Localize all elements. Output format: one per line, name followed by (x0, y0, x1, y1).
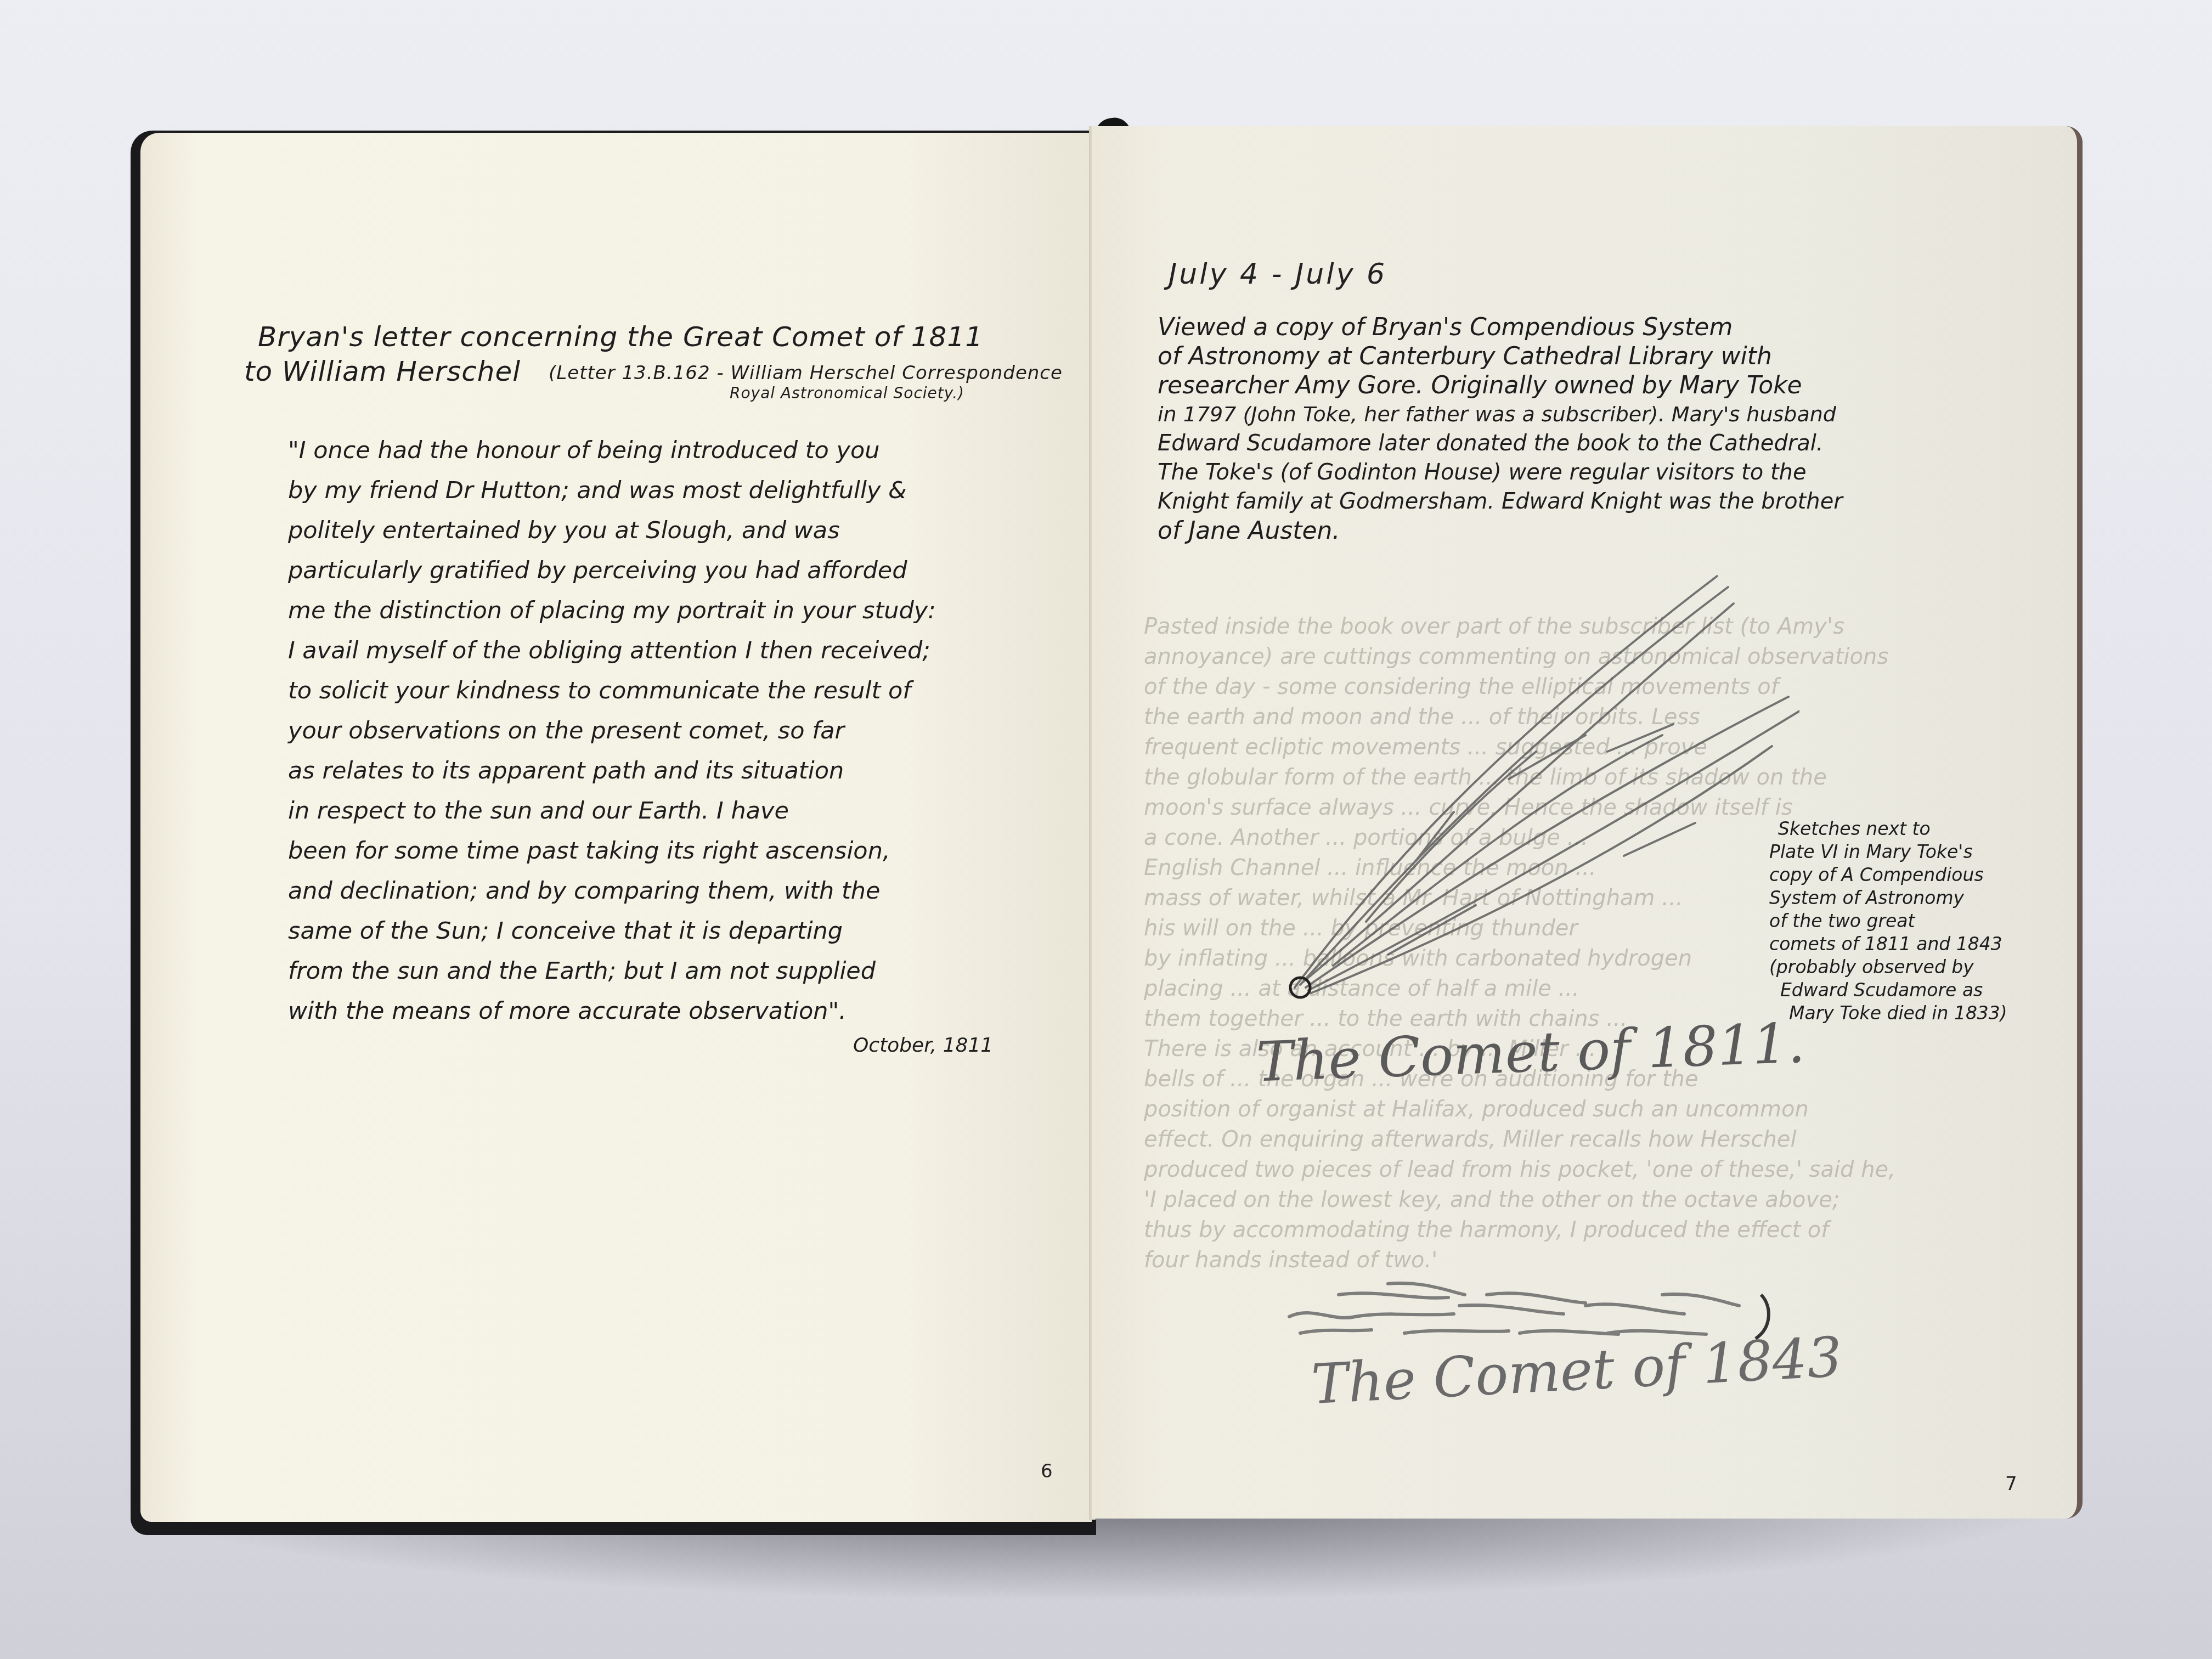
paragraph-line: The Toke's (of Godinton House) were regu… (1158, 458, 2024, 487)
show-through-line: thus by accommodating the harmony, I pro… (1144, 1215, 2000, 1245)
quote-line: your observations on the present comet, … (288, 711, 974, 751)
note-line: comets of 1811 and 1843 (1769, 933, 2055, 956)
paragraph-line: Viewed a copy of Bryan's Compendious Sys… (1158, 313, 2024, 342)
show-through-line: 'I placed on the lowest key, and the oth… (1144, 1185, 2000, 1215)
note-line: Plate VI in Mary Toke's (1769, 840, 2055, 864)
letter-date: October, 1811 (853, 1034, 993, 1057)
paragraph-line: Knight family at Godmersham. Edward Knig… (1158, 487, 2024, 516)
letter-quote: "I once had the honour of being introduc… (288, 431, 974, 1031)
quote-line: been for some time past taking its right… (288, 831, 974, 871)
show-through-line: four hands instead of two.' (1144, 1245, 2000, 1276)
show-through-line: position of organist at Halifax, produce… (1144, 1094, 2000, 1125)
paragraph-line: of Astronomy at Canterbury Cathedral Lib… (1158, 342, 2024, 371)
quote-line: as relates to its apparent path and its … (288, 751, 974, 791)
paragraph-line: in 1797 (John Toke, her father was a sub… (1158, 400, 2024, 429)
note-line: System of Astronomy (1769, 887, 2055, 910)
entry-paragraph: Viewed a copy of Bryan's Compendious Sys… (1158, 313, 2024, 545)
letter-reference-sub: Royal Astronomical Society.) (730, 384, 964, 402)
letter-heading-line1: Bryan's letter concerning the Great Come… (258, 321, 983, 353)
quote-line: I avail myself of the obliging attention… (288, 631, 974, 671)
paragraph-line: researcher Amy Gore. Originally owned by… (1158, 371, 2024, 400)
quote-line: politely entertained by you at Slough, a… (288, 511, 974, 551)
quote-line: by my friend Dr Hutton; and was most del… (288, 471, 974, 511)
note-line: copy of A Compendious (1769, 864, 2055, 887)
entry-date-range: July 4 - July 6 (1169, 258, 1387, 291)
sketch-annotation: Sketches next to Plate VI in Mary Toke's… (1769, 817, 2055, 1025)
quote-line: particularly gratified by perceiving you… (288, 551, 974, 591)
quote-line: to solicit your kindness to communicate … (288, 671, 974, 711)
note-line: Mary Toke died in 1833) (1769, 1002, 2055, 1025)
page-number-left: 6 (1041, 1460, 1053, 1482)
paragraph-line: Edward Scudamore later donated the book … (1158, 429, 2024, 458)
note-line: Sketches next to (1769, 817, 2055, 840)
quote-line: me the distinction of placing my portrai… (288, 591, 974, 631)
quote-line: from the sun and the Earth; but I am not… (288, 951, 974, 991)
show-through-line: effect. On enquiring afterwards, Miller … (1144, 1125, 2000, 1155)
page-number-right: 7 (2005, 1473, 2017, 1495)
letter-reference: (Letter 13.B.162 - William Herschel Corr… (549, 362, 1063, 384)
letter-heading-line2: to William Herschel (244, 356, 521, 387)
quote-line: and declination; and by comparing them, … (288, 871, 974, 911)
show-through-line: produced two pieces of lead from his poc… (1144, 1155, 2000, 1185)
paragraph-line: of Jane Austen. (1158, 516, 2024, 545)
note-line: Edward Scudamore as (1769, 979, 2055, 1002)
quote-line: "I once had the honour of being introduc… (288, 431, 974, 471)
note-line: (probably observed by (1769, 956, 2055, 979)
quote-line: same of the Sun; I conceive that it is d… (288, 911, 974, 951)
quote-line: with the means of more accurate observat… (288, 991, 974, 1031)
comet-1811-sketch (1278, 571, 1799, 1009)
note-line: of the two great (1769, 910, 2055, 933)
quote-line: in respect to the sun and our Earth. I h… (288, 791, 974, 831)
